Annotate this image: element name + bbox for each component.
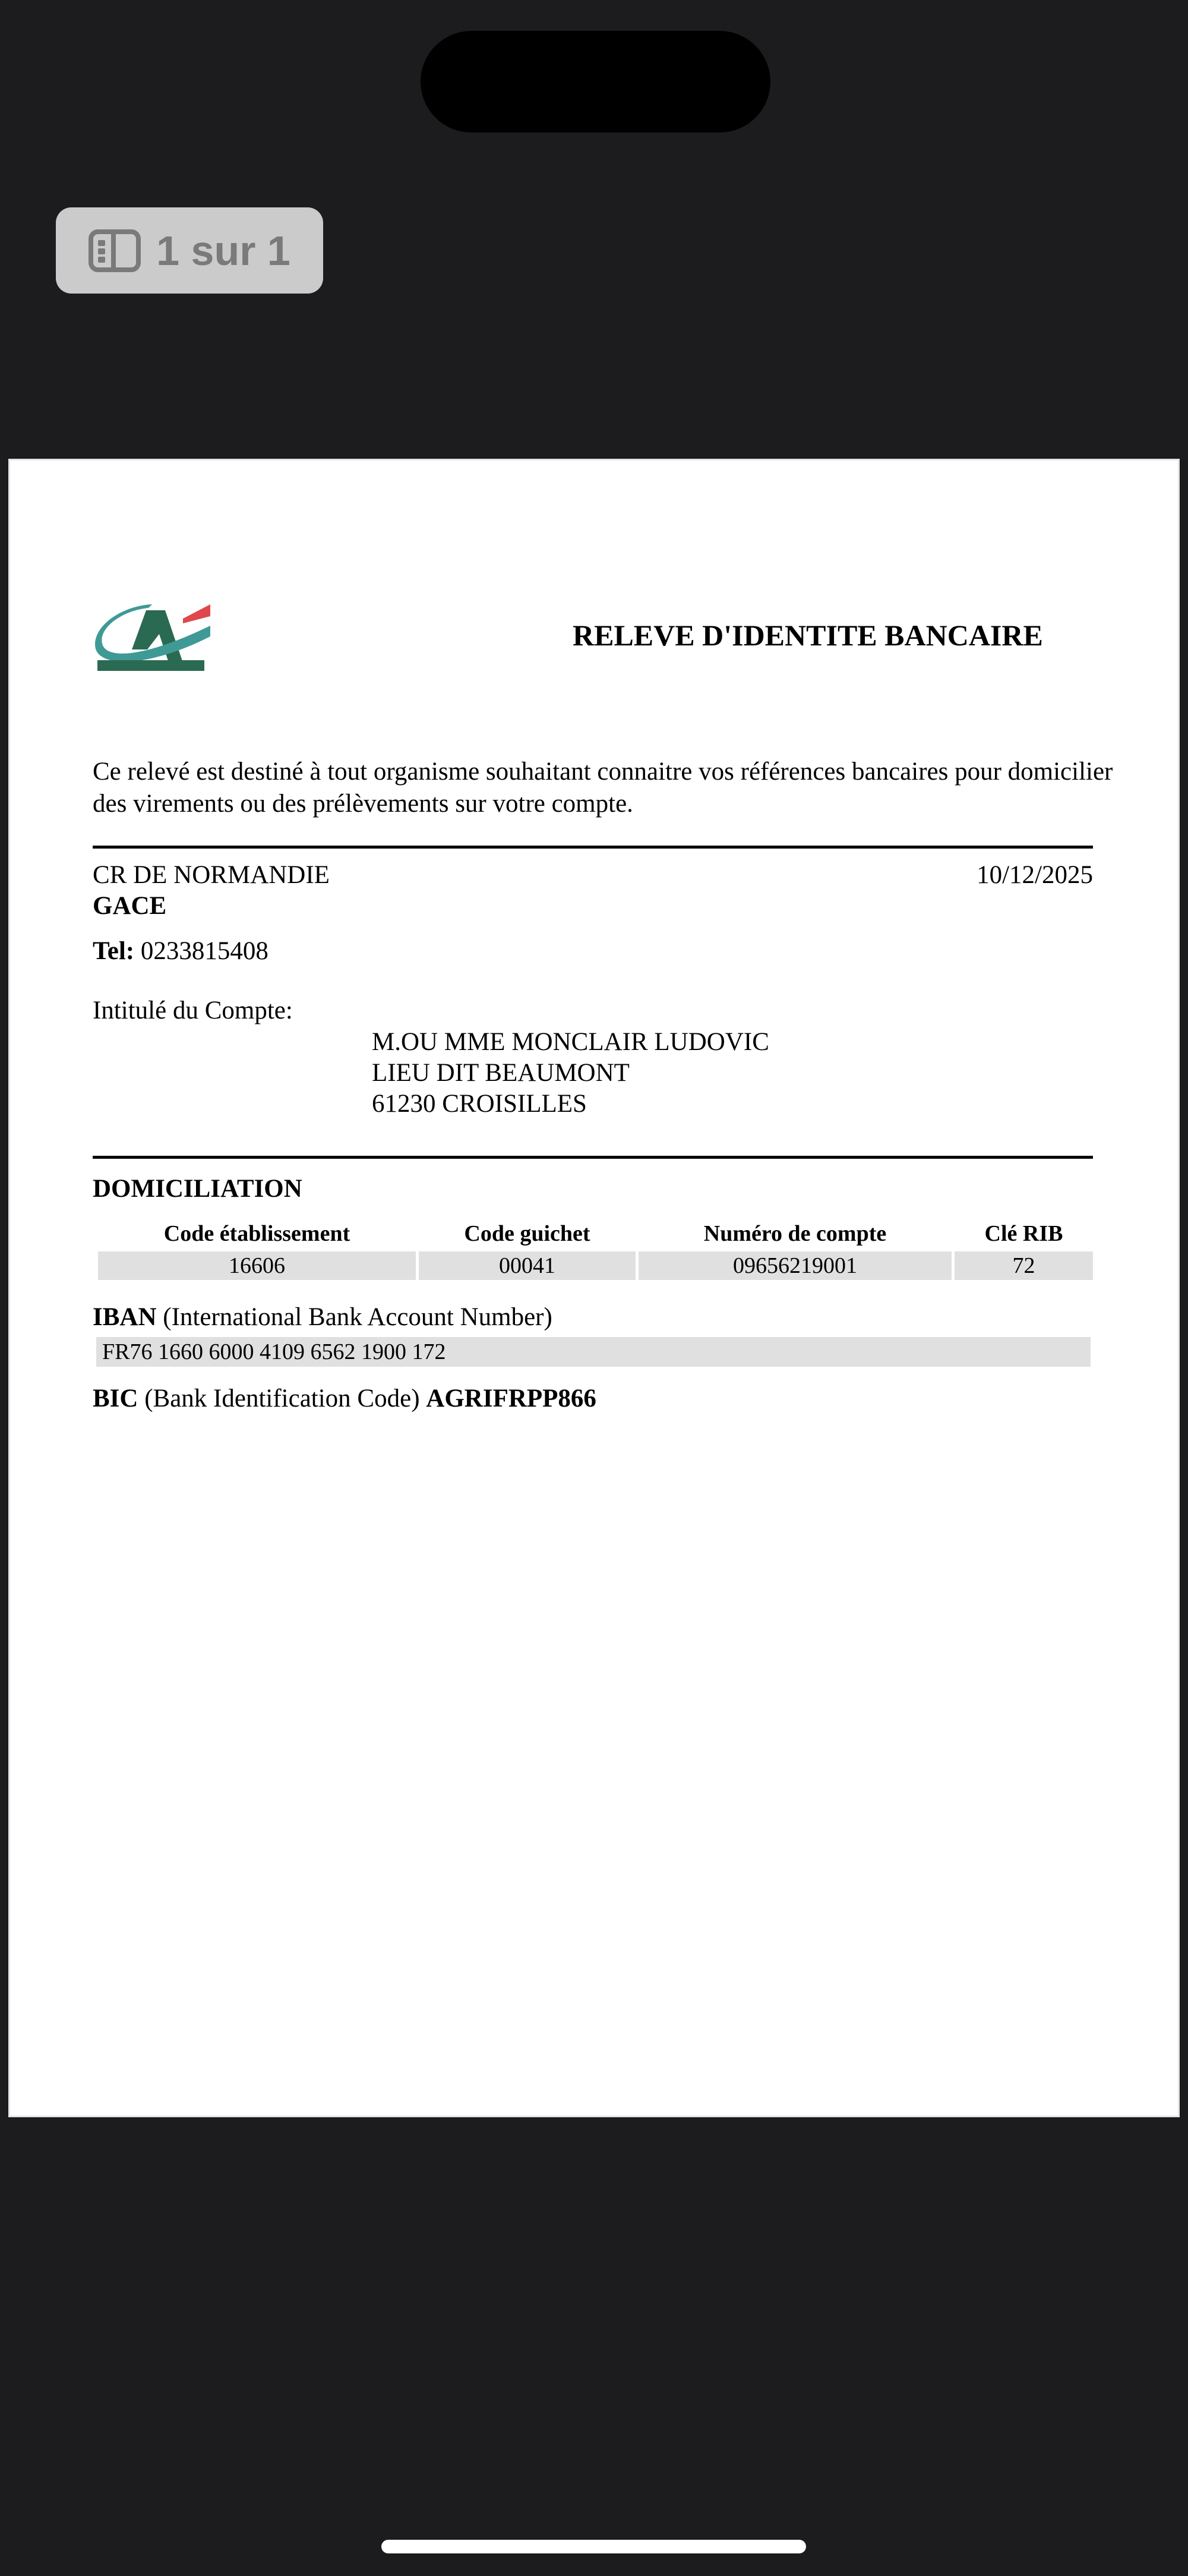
document-page: RELEVE D'IDENTITE BANCAIRE Ce relevé est… [8,459,1180,2117]
page-indicator-label: 1 sur 1 [156,227,290,275]
phone-number: 0233815408 [141,937,268,965]
document-title: RELEVE D'IDENTITE BANCAIRE [573,618,1043,652]
account-holder-address: M.OU MME MONCLAIR LUDOVIC LIEU DIT BEAUM… [372,1027,769,1120]
rib-key-value: 72 [955,1251,1093,1280]
domiciliation-title: DOMICILIATION [93,1174,302,1203]
account-holder-name: M.OU MME MONCLAIR LUDOVIC [372,1027,769,1058]
account-number-value: 09656219001 [639,1251,952,1280]
account-holder-street: LIEU DIT BEAUMONT [372,1058,769,1089]
page-indicator-button[interactable]: 1 sur 1 [56,207,323,294]
iban-label-abbr: IBAN [93,1303,157,1331]
bic-line: BIC (Bank Identification Code) AGRIFRPP8… [93,1384,596,1413]
divider [93,846,1093,849]
iban-label: IBAN (International Bank Account Number) [93,1303,552,1332]
branch-phone: Tel: 0233815408 [93,937,268,966]
rib-table: Code établissement Code guichet Numéro d… [95,1219,1096,1280]
credit-agricole-logo [94,592,210,673]
iban-value: FR76 1660 6000 4109 6562 1900 172 [96,1337,1091,1367]
table-header-row: Code établissement Code guichet Numéro d… [98,1219,1093,1251]
home-indicator[interactable] [381,2540,806,2553]
column-header-rib-key: Clé RIB [955,1219,1093,1251]
divider [93,1156,1093,1159]
iban-label-description: (International Bank Account Number) [163,1303,552,1331]
table-row: 16606 00041 09656219001 72 [98,1251,1093,1280]
account-holder-label: Intitulé du Compte: [93,996,293,1025]
column-header-account-number: Numéro de compte [639,1219,952,1251]
dynamic-island [421,31,770,133]
branch-name: GACE [93,891,166,920]
bank-name: CR DE NORMANDIE [93,860,330,890]
bank-code-value: 16606 [98,1251,416,1280]
bic-value: AGRIFRPP866 [426,1385,596,1412]
branch-code-value: 00041 [419,1251,636,1280]
bic-label-description: (Bank Identification Code) [144,1385,419,1412]
phone-label: Tel: [93,937,134,965]
sidebar-thumbnails-icon [89,229,141,272]
intro-text: Ce relevé est destiné à tout organisme s… [93,756,1114,820]
bic-label-abbr: BIC [93,1385,138,1412]
column-header-branch-code: Code guichet [419,1219,636,1251]
account-holder-city: 61230 CROISILLES [372,1089,769,1120]
document-date: 10/12/2025 [977,860,1093,890]
column-header-bank-code: Code établissement [98,1219,416,1251]
